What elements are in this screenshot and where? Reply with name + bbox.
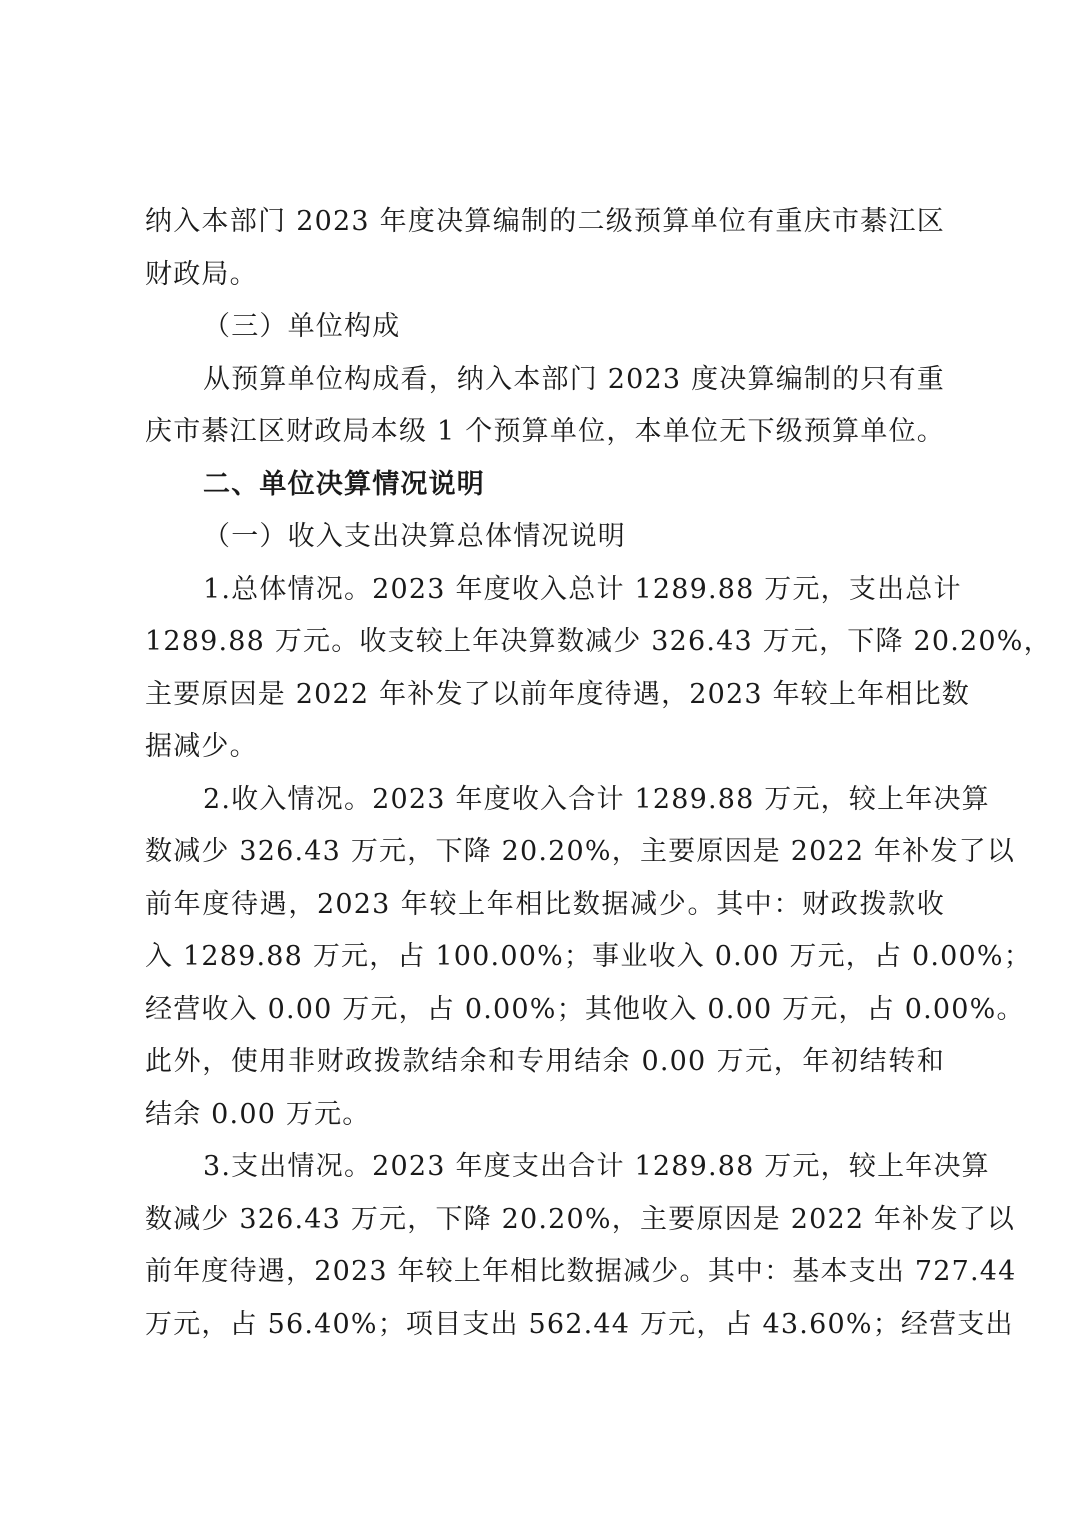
paragraph-line: 主要原因是 2022 年补发了以前年度待遇，2023 年较上年相比数 (145, 669, 945, 722)
paragraph-line: 1.总体情况。2023 年度收入总计 1289.88 万元，支出总计 (145, 564, 945, 617)
paragraph-line: 2.收入情况。2023 年度收入合计 1289.88 万元，较上年决算 (145, 774, 945, 827)
paragraph-line: 3.支出情况。2023 年度支出合计 1289.88 万元，较上年决算 (145, 1141, 945, 1194)
paragraph-line: 1289.88 万元。收支较上年决算数减少 326.43 万元，下降 20.20… (145, 616, 945, 669)
paragraph-line: 数减少 326.43 万元，下降 20.20%，主要原因是 2022 年补发了以 (145, 826, 945, 879)
paragraph-line: 纳入本部门 2023 年度决算编制的二级预算单位有重庆市綦江区 (145, 196, 945, 249)
paragraph-line: 财政局。 (145, 249, 945, 302)
paragraph-line: 庆市綦江区财政局本级 1 个预算单位，本单位无下级预算单位。 (145, 406, 945, 459)
subheading-unit-composition: （三）单位构成 (145, 301, 945, 354)
heading-final-accounts-explanation: 二、单位决算情况说明 (145, 459, 945, 512)
paragraph-line: 据减少。 (145, 721, 945, 774)
paragraph-line: 入 1289.88 万元，占 100.00%；事业收入 0.00 万元，占 0.… (145, 931, 945, 984)
subheading-overall-income-expense: （一）收入支出决算总体情况说明 (145, 511, 945, 564)
paragraph-line: 万元，占 56.40%；项目支出 562.44 万元，占 43.60%；经营支出 (145, 1299, 945, 1352)
document-page: 纳入本部门 2023 年度决算编制的二级预算单位有重庆市綦江区 财政局。 （三）… (145, 196, 945, 1351)
paragraph-line: 数减少 326.43 万元，下降 20.20%，主要原因是 2022 年补发了以 (145, 1194, 945, 1247)
paragraph-line: 前年度待遇，2023 年较上年相比数据减少。其中：基本支出 727.44 (145, 1246, 945, 1299)
paragraph-line: 前年度待遇，2023 年较上年相比数据减少。其中：财政拨款收 (145, 879, 945, 932)
paragraph-line: 从预算单位构成看，纳入本部门 2023 度决算编制的只有重 (145, 354, 945, 407)
paragraph-line: 此外，使用非财政拨款结余和专用结余 0.00 万元，年初结转和 (145, 1036, 945, 1089)
paragraph-line: 结余 0.00 万元。 (145, 1089, 945, 1142)
paragraph-line: 经营收入 0.00 万元，占 0.00%；其他收入 0.00 万元，占 0.00… (145, 984, 945, 1037)
